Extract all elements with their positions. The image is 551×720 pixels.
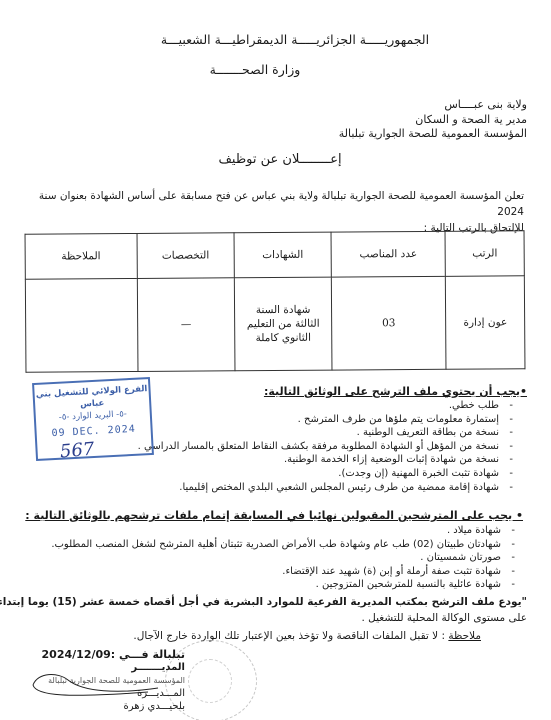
- list-item: شهادة ميلاد .: [23, 524, 523, 538]
- intro-line-1: تعلن المؤسسة العمومية للصحة الجوارية تبل…: [24, 188, 524, 220]
- list-item: شهادة تثبت الخبرة المهنية (إن وجدت).: [141, 467, 521, 481]
- header-specialties: التخصصات: [137, 233, 235, 279]
- cell-rank: عون إدارة: [446, 276, 525, 370]
- list-item: شهادة تثبت صفة أرملة أو إبن (ة) شهيد عند…: [23, 565, 523, 579]
- director-name: بلحيـــدي زهرة: [25, 700, 185, 713]
- header-rank: الرتب: [445, 231, 524, 277]
- note-line: ملاحظة : لا تقبل الملفات الناقصة ولا تؤخ…: [61, 630, 481, 642]
- cell-specialties: —: [137, 278, 235, 372]
- table-header-row: الرتب عدد المناصب الشهادات التخصصات المل…: [25, 231, 524, 279]
- list-item: شهادتان طبيتان (02) طب عام وشهادة طب الأ…: [23, 538, 523, 552]
- deposit-line-2: على مستوى الوكالة المحلية للتشغيل .: [0, 610, 527, 626]
- directorate-line: مدير ية الصحة و السكان: [287, 113, 527, 128]
- cell-remark: [25, 278, 137, 372]
- stamp-date: 09 DEC. 2024: [36, 423, 150, 441]
- required-documents-list: طلب خطي. إستمارة معلومات يتم ملؤها من طر…: [141, 399, 521, 494]
- list-item: شهادة عائلية بالنسبة للمترشحين المتزوجين…: [23, 578, 523, 592]
- note-text: : لا تقبل الملفات الناقصة ولا تؤخذ بعين …: [133, 630, 448, 642]
- signature-icon: [28, 670, 168, 700]
- registration-number: 567: [59, 439, 95, 463]
- wilaya-line: ولاية بنى عبــــاس: [287, 98, 527, 113]
- cell-count: 03: [331, 276, 446, 370]
- list-item: نسخة من بطاقة التعريف الوطنية .: [141, 426, 521, 440]
- intro-paragraph: تعلن المؤسسة العمومية للصحة الجوارية تبل…: [24, 188, 524, 236]
- deposit-instructions: "يودع ملف الترشح بمكتب المديرية الفرعية …: [0, 594, 527, 626]
- positions-table: الرتب عدد المناصب الشهادات التخصصات المل…: [25, 230, 526, 372]
- final-documents-list: شهادة ميلاد . شهادتان طبيتان (02) طب عام…: [23, 524, 523, 592]
- header-count: عدد المناصب: [331, 231, 446, 277]
- announcement-page: الجمهوريـــــة الجزائريـــــة الديمقراطي…: [0, 0, 551, 720]
- table-row: عون إدارة 03 شهادة السنة الثالثة من التع…: [25, 276, 525, 372]
- note-label: ملاحظة: [448, 630, 481, 642]
- list-item: إستمارة معلومات يتم ملؤها من طرف المترشح…: [141, 413, 521, 427]
- header-certificates: الشهادات: [234, 232, 331, 278]
- republic-header: الجمهوريـــــة الجزائريـــــة الديمقراطي…: [130, 32, 460, 47]
- list-item: طلب خطي.: [141, 399, 521, 413]
- cell-certificates: شهادة السنة الثالثة من التعليم الثانوي ك…: [235, 277, 332, 371]
- establishment-line: المؤسسة العمومية للصحة الجوارية تبلبالة: [287, 127, 527, 142]
- list-item: صورتان شمسيتان .: [23, 551, 523, 565]
- deposit-line-1: "يودع ملف الترشح بمكتب المديرية الفرعية …: [0, 594, 527, 610]
- section1-heading: •يجب أن يحتوي ملف الترشح على الوثائق الت…: [107, 385, 527, 398]
- place-date: تبلبالة فـــي :2024/12/09: [25, 648, 185, 661]
- page-title: إعــــــــلان عن توظيف: [180, 152, 380, 167]
- list-item: نسخة من شهادة إثبات الوضعية إزاء الخدمة …: [141, 453, 521, 467]
- list-item: شهادة إقامة ممضية من طرف رئيس المجلس الش…: [141, 481, 521, 495]
- ministry-header: وزارة الصحـــــــة: [130, 62, 380, 77]
- section2-heading: • يجب على المترشحين المقبولين نهائيا في …: [23, 509, 523, 522]
- administration-block: ولاية بنى عبــــاس مدير ية الصحة و السكا…: [287, 98, 527, 142]
- header-remark: الملاحظة: [25, 233, 137, 279]
- list-item: نسخة من المؤهل أو الشهادة المطلوبة مرفقة…: [141, 440, 521, 454]
